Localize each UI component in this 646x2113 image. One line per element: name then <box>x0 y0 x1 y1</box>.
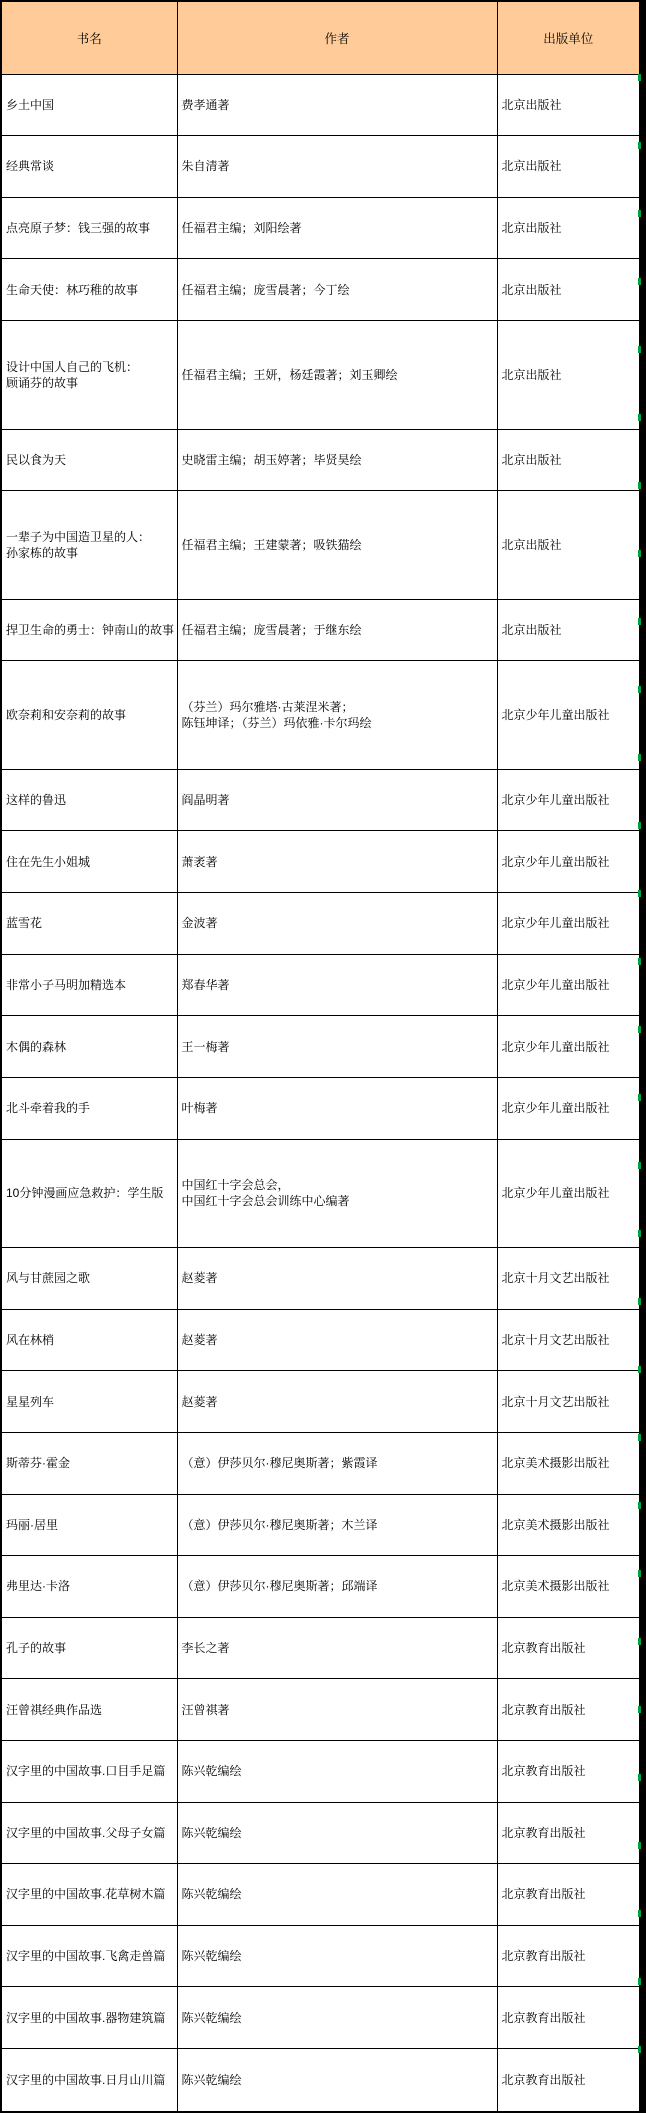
author-cell[interactable]: 赵菱著 <box>177 1248 497 1310</box>
book-title-cell[interactable]: 汉字里的中国故事.口目手足篇 <box>1 1740 177 1802</box>
header-row: 书名 作者 出版单位 <box>1 1 640 74</box>
table-row: 斯蒂芬·霍金 （意）伊莎贝尔·穆尼奥斯著；紫霞译 北京美术摄影出版社 <box>1 1432 640 1494</box>
author-text: 阎晶明著 <box>182 793 230 807</box>
author-text: 任福君主编；刘阳绘著 <box>182 221 302 235</box>
book-title-cell[interactable]: 汉字里的中国故事.器物建筑篇 <box>1 1987 177 2049</box>
table-row: 蓝雪花 金波著 北京少年儿童出版社 <box>1 893 640 955</box>
row-boundary-tick <box>638 822 641 829</box>
author-cell[interactable]: 陈兴乾编绘 <box>177 1864 497 1926</box>
publisher-text: 北京出版社 <box>502 538 562 552</box>
book-title-cell[interactable]: 星星列车 <box>1 1371 177 1433</box>
row-boundary-tick <box>638 1162 641 1169</box>
book-title-text: 风在林梢 <box>6 1333 54 1347</box>
publisher-text: 北京教育出版社 <box>502 1949 586 1963</box>
row-boundary-tick <box>638 1366 641 1373</box>
author-text: 汪曾祺著 <box>182 1703 230 1717</box>
table-row: 汉字里的中国故事.日月山川篇 陈兴乾编绘 北京教育出版社 <box>1 2048 640 2112</box>
publisher-text: 北京十月文艺出版社 <box>502 1333 610 1347</box>
publisher-text: 北京少年儿童出版社 <box>502 1101 610 1115</box>
column-header-label: 作者 <box>324 32 349 46</box>
row-boundary-tick <box>638 1978 641 1985</box>
book-title-text: 星星列车 <box>6 1395 54 1409</box>
publisher-text: 北京教育出版社 <box>502 2073 586 2087</box>
author-text: 任福君主编；王妍，杨廷霞著；刘玉卿绘 <box>182 368 398 382</box>
author-cell[interactable]: 金波著 <box>177 893 497 955</box>
publisher-cell[interactable]: 北京教育出版社 <box>497 1679 640 1741</box>
book-title-text: 10分钟漫画应急救护：学生版 <box>6 1186 163 1200</box>
author-cell[interactable]: 任福君主编；刘阳绘著 <box>177 197 497 259</box>
author-text: 任福君主编；庞雪晨著；今丁绘 <box>182 283 350 297</box>
book-title-text: 木偶的森林 <box>6 1040 66 1054</box>
author-text: 陈兴乾编绘 <box>182 1826 242 1840</box>
row-boundary-tick <box>638 1298 641 1305</box>
publisher-cell[interactable]: 北京少年儿童出版社 <box>497 661 640 770</box>
author-cell[interactable]: 陈兴乾编绘 <box>177 2048 497 2112</box>
publisher-text: 北京十月文艺出版社 <box>502 1395 610 1409</box>
author-text: 赵菱著 <box>182 1333 218 1347</box>
publisher-text: 北京少年儿童出版社 <box>502 916 610 930</box>
column-header-publisher[interactable]: 出版单位 <box>497 1 640 74</box>
publisher-text: 北京十月文艺出版社 <box>502 1271 610 1285</box>
publisher-cell[interactable]: 北京少年儿童出版社 <box>497 1139 640 1248</box>
book-title-text: 汪曾祺经典作品选 <box>6 1703 102 1717</box>
row-boundary-tick <box>638 278 641 285</box>
book-list-table: 书名 作者 出版单位 乡土中国 费孝通著 北京出版社 经典常谈 朱自清著 北京出… <box>0 0 641 2113</box>
author-text: 赵菱著 <box>182 1271 218 1285</box>
author-text: 陈兴乾编绘 <box>182 2073 242 2087</box>
publisher-cell[interactable]: 北京教育出版社 <box>497 1925 640 1987</box>
row-boundary-tick <box>638 210 641 217</box>
table-row: 汉字里的中国故事.花草树木篇 陈兴乾编绘 北京教育出版社 <box>1 1864 640 1926</box>
publisher-cell[interactable]: 北京少年儿童出版社 <box>497 1077 640 1139</box>
publisher-text: 北京出版社 <box>502 453 562 467</box>
author-text: 陈兴乾编绘 <box>182 1887 242 1901</box>
table-row: 住在先生小姐城 萧袤著 北京少年儿童出版社 <box>1 831 640 893</box>
publisher-cell[interactable]: 北京教育出版社 <box>497 2048 640 2112</box>
publisher-text: 北京教育出版社 <box>502 2011 586 2025</box>
table-row: 民以食为天 史晓雷主编；胡玉婷著；毕贤昊绘 北京出版社 <box>1 429 640 491</box>
book-title-text: 汉字里的中国故事.器物建筑篇 <box>6 2011 165 2025</box>
book-title-text: 经典常谈 <box>6 159 54 173</box>
book-title-cell[interactable]: 北斗牵着我的手 <box>1 1077 177 1139</box>
author-cell[interactable]: 赵菱著 <box>177 1371 497 1433</box>
author-cell[interactable]: 陈兴乾编绘 <box>177 1740 497 1802</box>
publisher-text: 北京出版社 <box>502 98 562 112</box>
row-boundary-tick <box>638 754 641 761</box>
author-cell[interactable]: 叶梅著 <box>177 1077 497 1139</box>
author-cell[interactable]: 朱自清著 <box>177 136 497 198</box>
book-title-cell[interactable]: 弗里达·卡洛 <box>1 1556 177 1618</box>
row-boundary-tick <box>638 74 641 81</box>
book-title-text: 蓝雪花 <box>6 916 42 930</box>
author-text: 郑春华著 <box>182 978 230 992</box>
author-text: 赵菱著 <box>182 1395 218 1409</box>
row-boundary-tick <box>638 1230 641 1237</box>
publisher-text: 北京出版社 <box>502 159 562 173</box>
author-cell[interactable]: 任福君主编；庞雪晨著；今丁绘 <box>177 259 497 321</box>
row-boundary-tick <box>638 686 641 693</box>
publisher-cell[interactable]: 北京教育出版社 <box>497 1987 640 2049</box>
author-cell[interactable]: （意）伊莎贝尔·穆尼奥斯著；木兰译 <box>177 1494 497 1556</box>
publisher-text: 北京少年儿童出版社 <box>502 1186 610 1200</box>
author-text: 中国红十字会总会， 中国红十字会总会训练中心编著 <box>182 1178 350 1208</box>
author-cell[interactable]: （芬兰）玛尔雅塔·古莱涅米著； 陈钰坤译；（芬兰）玛依雅·卡尔玛绘 <box>177 661 497 770</box>
publisher-cell[interactable]: 北京少年儿童出版社 <box>497 769 640 831</box>
publisher-text: 北京少年儿童出版社 <box>502 793 610 807</box>
row-boundary-tick <box>638 1638 641 1645</box>
author-cell[interactable]: 李长之著 <box>177 1617 497 1679</box>
publisher-cell[interactable]: 北京十月文艺出版社 <box>497 1371 640 1433</box>
book-title-cell[interactable]: 乡土中国 <box>1 74 177 136</box>
author-cell[interactable]: 赵菱著 <box>177 1309 497 1371</box>
book-title-text: 孔子的故事 <box>6 1641 66 1655</box>
publisher-cell[interactable]: 北京教育出版社 <box>497 1864 640 1926</box>
author-cell[interactable]: 陈兴乾编绘 <box>177 1802 497 1864</box>
book-title-text: 汉字里的中国故事.口目手足篇 <box>6 1764 165 1778</box>
book-title-text: 非常小子马明加精选本 <box>6 978 126 992</box>
author-cell[interactable]: （意）伊莎贝尔·穆尼奥斯著；邱端译 <box>177 1556 497 1618</box>
author-cell[interactable]: 任福君主编；王妍，杨廷霞著；刘玉卿绘 <box>177 320 497 429</box>
author-cell[interactable]: 郑春华著 <box>177 954 497 1016</box>
book-title-text: 弗里达·卡洛 <box>6 1579 70 1593</box>
publisher-text: 北京出版社 <box>502 623 562 637</box>
author-cell[interactable]: （意）伊莎贝尔·穆尼奥斯著；紫霞译 <box>177 1432 497 1494</box>
book-title-cell[interactable]: 斯蒂芬·霍金 <box>1 1432 177 1494</box>
book-title-cell[interactable]: 汪曾祺经典作品选 <box>1 1679 177 1741</box>
column-header-label: 书名 <box>77 32 102 46</box>
table-row: 非常小子马明加精选本 郑春华著 北京少年儿童出版社 <box>1 954 640 1016</box>
table-row: 乡土中国 费孝通著 北京出版社 <box>1 74 640 136</box>
author-text: 朱自清著 <box>182 159 230 173</box>
table-row: 这样的鲁迅 阎晶明著 北京少年儿童出版社 <box>1 769 640 831</box>
book-title-text: 生命天使：林巧稚的故事 <box>6 283 138 297</box>
publisher-cell[interactable]: 北京出版社 <box>497 74 640 136</box>
author-cell[interactable]: 陈兴乾编绘 <box>177 1925 497 1987</box>
table-row: 风在林梢 赵菱著 北京十月文艺出版社 <box>1 1309 640 1371</box>
publisher-cell[interactable]: 北京少年儿童出版社 <box>497 831 640 893</box>
row-boundary-tick <box>638 550 641 557</box>
table-row: 10分钟漫画应急救护：学生版 中国红十字会总会， 中国红十字会总会训练中心编著 … <box>1 1139 640 1248</box>
book-title-cell[interactable]: 汉字里的中国故事.花草树木篇 <box>1 1864 177 1926</box>
author-text: 任福君主编；王建蒙著；吸铁猫绘 <box>182 538 362 552</box>
row-boundary-tick <box>638 1706 641 1713</box>
book-title-cell[interactable]: 风在林梢 <box>1 1309 177 1371</box>
book-title-cell[interactable]: 汉字里的中国故事.日月山川篇 <box>1 2048 177 2112</box>
publisher-text: 北京美术摄影出版社 <box>502 1518 610 1532</box>
author-text: 陈兴乾编绘 <box>182 1764 242 1778</box>
book-title-cell[interactable]: 木偶的森林 <box>1 1016 177 1078</box>
book-title-cell[interactable]: 风与甘蔗园之歌 <box>1 1248 177 1310</box>
author-cell[interactable]: 史晓雷主编；胡玉婷著；毕贤昊绘 <box>177 429 497 491</box>
publisher-cell[interactable]: 北京教育出版社 <box>497 1740 640 1802</box>
author-text: （意）伊莎贝尔·穆尼奥斯著；紫霞译 <box>182 1456 378 1470</box>
publisher-cell[interactable]: 北京十月文艺出版社 <box>497 1309 640 1371</box>
book-title-cell[interactable]: 玛丽·居里 <box>1 1494 177 1556</box>
table-row: 一辈子为中国造卫星的人： 孙家栋的故事 任福君主编；王建蒙著；吸铁猫绘 北京出版… <box>1 491 640 600</box>
publisher-cell[interactable]: 北京出版社 <box>497 259 640 321</box>
publisher-cell[interactable]: 北京教育出版社 <box>497 1617 640 1679</box>
table-row: 捍卫生命的勇士：钟南山的故事 任福君主编；庞雪晨著；于继东绘 北京出版社 <box>1 599 640 661</box>
publisher-text: 北京少年儿童出版社 <box>502 978 610 992</box>
table-row: 汉字里的中国故事.器物建筑篇 陈兴乾编绘 北京教育出版社 <box>1 1987 640 2049</box>
book-title-text: 汉字里的中国故事.父母子女篇 <box>6 1826 165 1840</box>
publisher-text: 北京少年儿童出版社 <box>502 1040 610 1054</box>
spreadsheet-region: 书名 作者 出版单位 乡土中国 费孝通著 北京出版社 经典常谈 朱自清著 北京出… <box>0 0 646 2113</box>
book-title-text: 这样的鲁迅 <box>6 793 66 807</box>
book-title-cell[interactable]: 点亮原子梦：钱三强的故事 <box>1 197 177 259</box>
book-title-cell[interactable]: 这样的鲁迅 <box>1 769 177 831</box>
table-row: 汉字里的中国故事.口目手足篇 陈兴乾编绘 北京教育出版社 <box>1 1740 640 1802</box>
author-text: （意）伊莎贝尔·穆尼奥斯著；邱端译 <box>182 1579 378 1593</box>
row-boundary-tick <box>638 346 641 353</box>
author-cell[interactable]: 任福君主编；庞雪晨著；于继东绘 <box>177 599 497 661</box>
book-title-text: 设计中国人自己的飞机： 顾诵芬的故事 <box>6 360 138 390</box>
row-boundary-tick <box>638 1774 641 1781</box>
book-title-text: 乡土中国 <box>6 98 54 112</box>
publisher-cell[interactable]: 北京美术摄影出版社 <box>497 1432 640 1494</box>
table-row: 弗里达·卡洛 （意）伊莎贝尔·穆尼奥斯著；邱端译 北京美术摄影出版社 <box>1 1556 640 1618</box>
author-text: 任福君主编；庞雪晨著；于继东绘 <box>182 623 362 637</box>
publisher-cell[interactable]: 北京美术摄影出版社 <box>497 1556 640 1618</box>
author-text: 陈兴乾编绘 <box>182 1949 242 1963</box>
book-title-text: 一辈子为中国造卫星的人： 孙家栋的故事 <box>6 530 150 560</box>
publisher-text: 北京出版社 <box>502 221 562 235</box>
table-row: 木偶的森林 王一梅著 北京少年儿童出版社 <box>1 1016 640 1078</box>
column-header-author[interactable]: 作者 <box>177 1 497 74</box>
adjacent-column-edge-bar <box>641 0 646 2113</box>
author-text: 史晓雷主编；胡玉婷著；毕贤昊绘 <box>182 453 362 467</box>
book-title-cell[interactable]: 汉字里的中国故事.飞禽走兽篇 <box>1 1925 177 1987</box>
book-title-cell[interactable]: 汉字里的中国故事.父母子女篇 <box>1 1802 177 1864</box>
table-row: 汪曾祺经典作品选 汪曾祺著 北京教育出版社 <box>1 1679 640 1741</box>
row-boundary-tick <box>638 890 641 897</box>
publisher-cell[interactable]: 北京少年儿童出版社 <box>497 1016 640 1078</box>
row-boundary-tick <box>638 1910 641 1917</box>
book-title-text: 汉字里的中国故事.花草树木篇 <box>6 1887 165 1901</box>
publisher-text: 北京少年儿童出版社 <box>502 708 610 722</box>
row-boundary-tick <box>638 1842 641 1849</box>
author-cell[interactable]: 汪曾祺著 <box>177 1679 497 1741</box>
row-boundary-tick <box>638 142 641 149</box>
book-title-text: 住在先生小姐城 <box>6 855 90 869</box>
publisher-cell[interactable]: 北京美术摄影出版社 <box>497 1494 640 1556</box>
book-title-text: 玛丽·居里 <box>6 1518 58 1532</box>
table-row: 风与甘蔗园之歌 赵菱著 北京十月文艺出版社 <box>1 1248 640 1310</box>
author-text: （意）伊莎贝尔·穆尼奥斯著；木兰译 <box>182 1518 378 1532</box>
publisher-text: 北京教育出版社 <box>502 1641 586 1655</box>
author-text: 李长之著 <box>182 1641 230 1655</box>
row-boundary-tick <box>638 618 641 625</box>
book-title-cell[interactable]: 蓝雪花 <box>1 893 177 955</box>
book-title-cell[interactable]: 欧奈莉和安奈莉的故事 <box>1 661 177 770</box>
publisher-cell[interactable]: 北京出版社 <box>497 491 640 600</box>
table-row: 点亮原子梦：钱三强的故事 任福君主编；刘阳绘著 北京出版社 <box>1 197 640 259</box>
table-row: 孔子的故事 李长之著 北京教育出版社 <box>1 1617 640 1679</box>
table-row: 生命天使：林巧稚的故事 任福君主编；庞雪晨著；今丁绘 北京出版社 <box>1 259 640 321</box>
publisher-cell[interactable]: 北京出版社 <box>497 197 640 259</box>
publisher-cell[interactable]: 北京出版社 <box>497 599 640 661</box>
publisher-cell[interactable]: 北京教育出版社 <box>497 1802 640 1864</box>
row-boundary-tick <box>638 414 641 421</box>
table-row: 星星列车 赵菱著 北京十月文艺出版社 <box>1 1371 640 1433</box>
publisher-cell[interactable]: 北京十月文艺出版社 <box>497 1248 640 1310</box>
publisher-cell[interactable]: 北京出版社 <box>497 320 640 429</box>
author-text: 王一梅著 <box>182 1040 230 1054</box>
publisher-text: 北京少年儿童出版社 <box>502 855 610 869</box>
author-cell[interactable]: 中国红十字会总会， 中国红十字会总会训练中心编著 <box>177 1139 497 1248</box>
author-cell[interactable]: 陈兴乾编绘 <box>177 1987 497 2049</box>
publisher-text: 北京出版社 <box>502 283 562 297</box>
author-cell[interactable]: 王一梅著 <box>177 1016 497 1078</box>
table-row: 欧奈莉和安奈莉的故事 （芬兰）玛尔雅塔·古莱涅米著； 陈钰坤译；（芬兰）玛依雅·… <box>1 661 640 770</box>
author-cell[interactable]: 费孝通著 <box>177 74 497 136</box>
book-title-cell[interactable]: 非常小子马明加精选本 <box>1 954 177 1016</box>
table-row: 北斗牵着我的手 叶梅著 北京少年儿童出版社 <box>1 1077 640 1139</box>
book-title-text: 汉字里的中国故事.飞禽走兽篇 <box>6 1949 165 1963</box>
publisher-text: 北京教育出版社 <box>502 1887 586 1901</box>
publisher-text: 北京教育出版社 <box>502 1826 586 1840</box>
column-header-book-title[interactable]: 书名 <box>1 1 177 74</box>
book-title-text: 汉字里的中国故事.日月山川篇 <box>6 2073 165 2087</box>
author-cell[interactable]: 萧袤著 <box>177 831 497 893</box>
author-text: 陈兴乾编绘 <box>182 2011 242 2025</box>
book-title-cell[interactable]: 孔子的故事 <box>1 1617 177 1679</box>
author-cell[interactable]: 任福君主编；王建蒙著；吸铁猫绘 <box>177 491 497 600</box>
publisher-text: 北京教育出版社 <box>502 1703 586 1717</box>
column-header-label: 出版单位 <box>543 32 593 46</box>
book-title-text: 点亮原子梦：钱三强的故事 <box>6 221 150 235</box>
author-text: （芬兰）玛尔雅塔·古莱涅米著； 陈钰坤译；（芬兰）玛依雅·卡尔玛绘 <box>182 700 372 730</box>
row-boundary-tick <box>638 1026 641 1033</box>
publisher-cell[interactable]: 北京出版社 <box>497 136 640 198</box>
book-title-text: 斯蒂芬·霍金 <box>6 1456 70 1470</box>
book-title-cell[interactable]: 民以食为天 <box>1 429 177 491</box>
book-title-text: 欧奈莉和安奈莉的故事 <box>6 708 126 722</box>
publisher-text: 北京美术摄影出版社 <box>502 1579 610 1593</box>
table-row: 汉字里的中国故事.父母子女篇 陈兴乾编绘 北京教育出版社 <box>1 1802 640 1864</box>
row-boundary-tick <box>638 2046 641 2053</box>
book-title-cell[interactable]: 经典常谈 <box>1 136 177 198</box>
author-text: 金波著 <box>182 916 218 930</box>
author-text: 费孝通著 <box>182 98 230 112</box>
author-cell[interactable]: 阎晶明著 <box>177 769 497 831</box>
book-title-text: 北斗牵着我的手 <box>6 1101 90 1115</box>
book-title-cell[interactable]: 设计中国人自己的飞机： 顾诵芬的故事 <box>1 320 177 429</box>
row-boundary-tick <box>638 1094 641 1101</box>
publisher-cell[interactable]: 北京出版社 <box>497 429 640 491</box>
book-title-cell[interactable]: 住在先生小姐城 <box>1 831 177 893</box>
publisher-text: 北京美术摄影出版社 <box>502 1456 610 1470</box>
table-row: 设计中国人自己的飞机： 顾诵芬的故事 任福君主编；王妍，杨廷霞著；刘玉卿绘 北京… <box>1 320 640 429</box>
book-title-cell[interactable]: 捍卫生命的勇士：钟南山的故事 <box>1 599 177 661</box>
publisher-text: 北京出版社 <box>502 368 562 382</box>
book-title-text: 民以食为天 <box>6 453 66 467</box>
book-title-cell[interactable]: 生命天使：林巧稚的故事 <box>1 259 177 321</box>
publisher-text: 北京教育出版社 <box>502 1764 586 1778</box>
book-title-text: 捍卫生命的勇士：钟南山的故事 <box>6 623 174 637</box>
table-row: 经典常谈 朱自清著 北京出版社 <box>1 136 640 198</box>
book-title-text: 风与甘蔗园之歌 <box>6 1271 90 1285</box>
table-row: 汉字里的中国故事.飞禽走兽篇 陈兴乾编绘 北京教育出版社 <box>1 1925 640 1987</box>
row-boundary-tick <box>638 1434 641 1441</box>
publisher-cell[interactable]: 北京少年儿童出版社 <box>497 954 640 1016</box>
book-title-cell[interactable]: 10分钟漫画应急救护：学生版 <box>1 1139 177 1248</box>
table-row: 玛丽·居里 （意）伊莎贝尔·穆尼奥斯著；木兰译 北京美术摄影出版社 <box>1 1494 640 1556</box>
row-boundary-tick <box>638 958 641 965</box>
row-boundary-tick <box>638 1570 641 1577</box>
author-text: 萧袤著 <box>182 855 218 869</box>
author-text: 叶梅著 <box>182 1101 218 1115</box>
book-title-cell[interactable]: 一辈子为中国造卫星的人： 孙家栋的故事 <box>1 491 177 600</box>
row-boundary-tick <box>638 482 641 489</box>
publisher-cell[interactable]: 北京少年儿童出版社 <box>497 893 640 955</box>
row-boundary-tick <box>638 1502 641 1509</box>
